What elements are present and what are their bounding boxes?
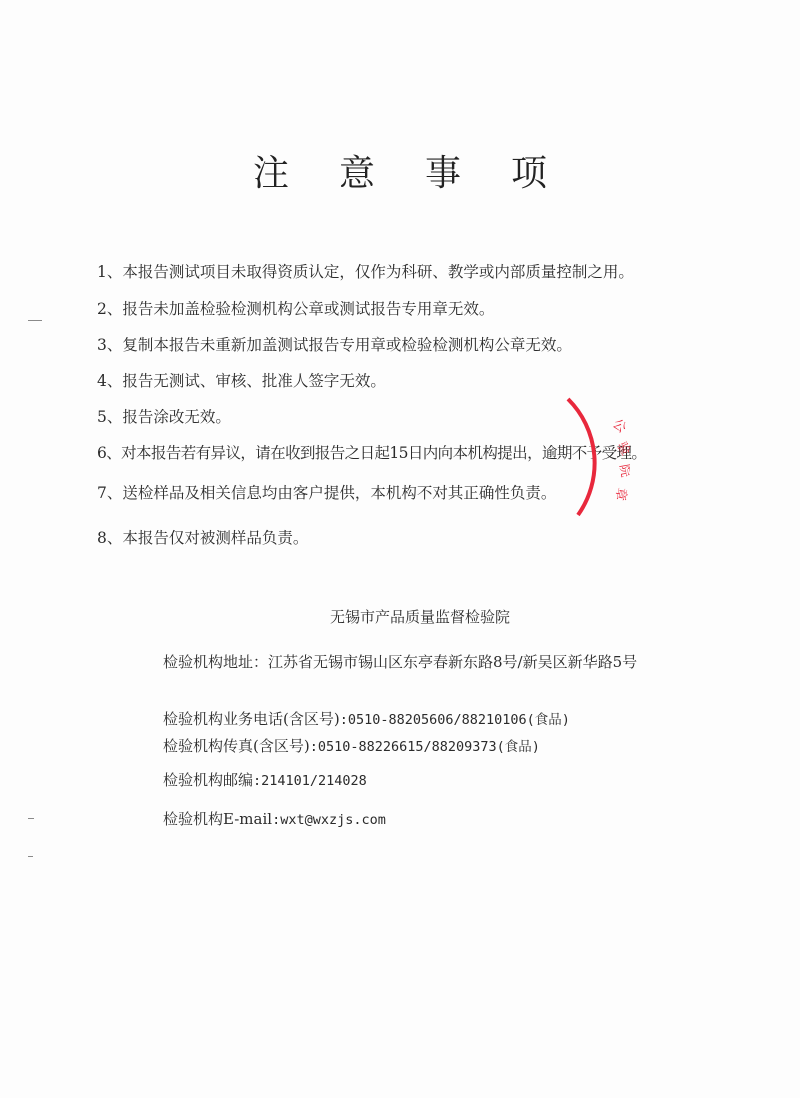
document-page: 注意事项 1、本报告测试项目未取得资质认定，仅作为科研、教学或内部质量控制之用。…: [0, 0, 800, 1098]
postcode-value: :214101/214028: [253, 773, 367, 789]
address-label: 检验机构地址：: [163, 653, 268, 671]
address-value: 江苏省无锡市锡山区东亭春新东路8号/新吴区新华路5号: [268, 653, 637, 671]
phone-label: 检验机构业务电话(含区号): [163, 710, 340, 728]
notice-item-4: 4、报告无测试、审核、批准人签字无效。: [97, 369, 386, 391]
email-label: 检验机构E-mail: [163, 810, 272, 828]
organization-name: 无锡市产品质量监督检验院: [330, 606, 510, 627]
notice-item-3: 3、复制本报告未重新加盖测试报告专用章或检验检测机构公章无效。: [97, 333, 572, 355]
scan-artifact: [28, 320, 42, 321]
scan-artifact: [28, 856, 33, 857]
postcode-label: 检验机构邮编: [163, 771, 253, 789]
svg-text:公: 公: [609, 417, 629, 437]
phone-value: :0510-88205606/88210106(食品): [340, 712, 570, 728]
notice-item-1: 1、本报告测试项目未取得资质认定，仅作为科研、教学或内部质量控制之用。: [97, 260, 634, 282]
notice-item-6: 6、对本报告若有异议，请在收到报告之日起15日内向本机构提出，逾期不予受理。: [97, 441, 646, 463]
address-line: 检验机构地址：江苏省无锡市锡山区东亭春新东路8号/新吴区新华路5号: [163, 651, 637, 672]
scan-artifact: [28, 818, 34, 819]
phone-line: 检验机构业务电话(含区号):0510-88205606/88210106(食品): [163, 708, 570, 729]
notice-item-5: 5、报告涂改无效。: [97, 405, 231, 427]
email-value: :wxt@wxzjs.com: [272, 812, 386, 828]
notice-item-8: 8、本报告仅对被测样品负责。: [97, 526, 308, 548]
fax-label: 检验机构传真(含区号): [163, 737, 310, 755]
fax-value: :0510-88226615/88209373(食品): [310, 739, 540, 755]
svg-text:章: 章: [612, 486, 630, 502]
page-title: 注意事项: [0, 145, 800, 196]
notice-item-2: 2、报告未加盖检验检测机构公章或测试报告专用章无效。: [97, 297, 494, 319]
svg-text:院: 院: [616, 463, 630, 478]
fax-line: 检验机构传真(含区号):0510-88226615/88209373(食品): [163, 735, 540, 756]
email-line: 检验机构E-mail:wxt@wxzjs.com: [163, 808, 386, 829]
postcode-line: 检验机构邮编:214101/214028: [163, 769, 367, 790]
notice-item-7: 7、送检样品及相关信息均由客户提供，本机构不对其正确性负责。: [97, 481, 556, 503]
